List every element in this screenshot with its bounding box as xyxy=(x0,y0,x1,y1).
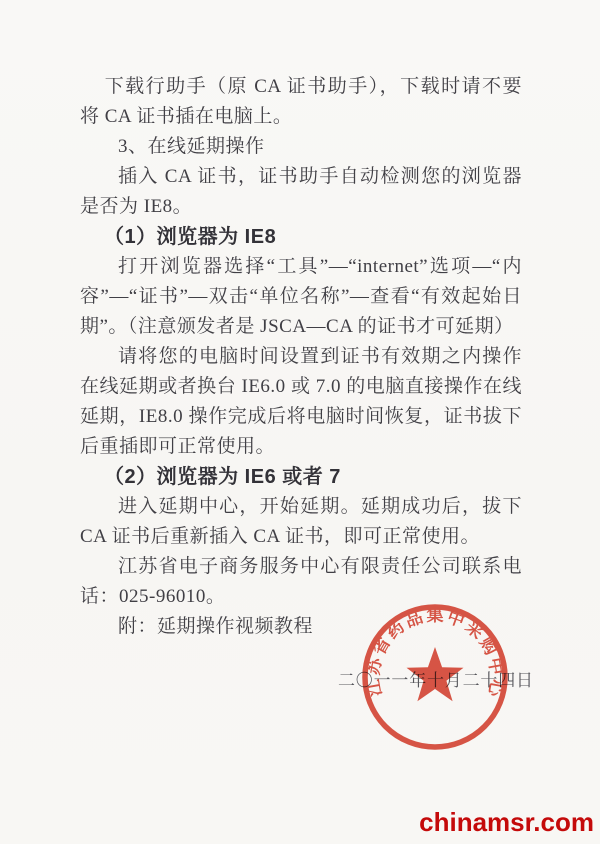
watermark-chinamsr: chinamsr.com xyxy=(419,807,594,838)
heading-browser-ie6-or-7: （2）浏览器为 IE6 或者 7 xyxy=(80,462,522,492)
official-seal: 江苏省药品集中采购中心 xyxy=(350,592,520,762)
heading-online-renewal-operation: 3、在线延期操作 xyxy=(80,132,522,162)
paragraph-download-assistant-note: 下载行助手（原 CA 证书助手），下载时请不要将 CA 证书插在电脑上。 xyxy=(80,72,522,132)
heading-browser-ie8: （1）浏览器为 IE8 xyxy=(80,222,522,252)
paragraph-ie8-set-clock: 请将您的电脑时间设置到证书有效期之内操作在线延期或者换台 IE6.0 或 7.0… xyxy=(80,342,522,462)
paragraph-ie8-check-cert-date: 打开浏览器选择“工具”—“internet”选项—“内容”—“证书”—双击“单位… xyxy=(80,252,522,342)
scanned-document-page: 下载行助手（原 CA 证书助手），下载时请不要将 CA 证书插在电脑上。 3、在… xyxy=(0,0,600,844)
paragraph-ie6-renewal-steps: 进入延期中心，开始延期。延期成功后，拔下 CA 证书后重新插入 CA 证书，即可… xyxy=(80,492,522,552)
document-body: 下载行助手（原 CA 证书助手），下载时请不要将 CA 证书插在电脑上。 3、在… xyxy=(80,72,522,642)
seal-star xyxy=(407,647,464,701)
paragraph-insert-ca-detect: 插入 CA 证书，证书助手自动检测您的浏览器是否为 IE8。 xyxy=(80,162,522,222)
